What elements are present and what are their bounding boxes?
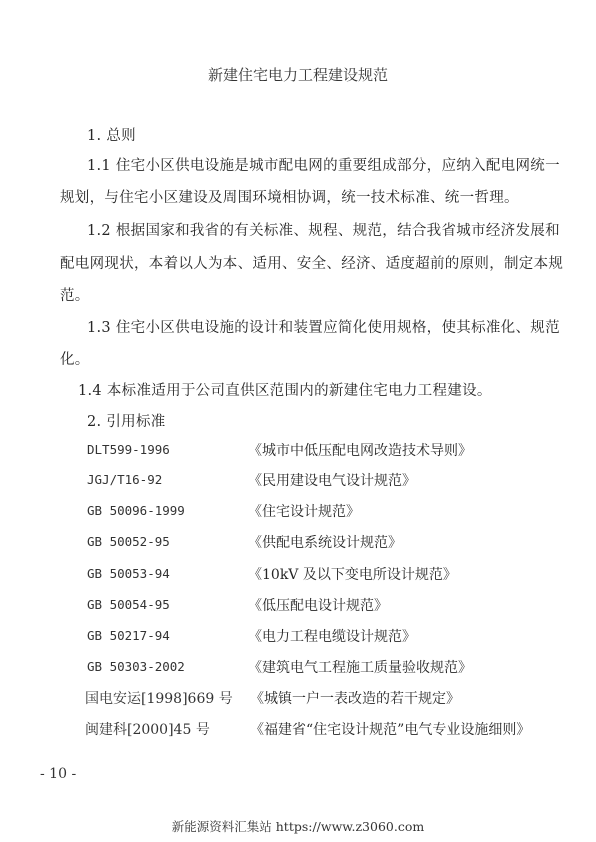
section-heading-general: 1. 总则 <box>87 124 136 145</box>
reference-code: GB 50054-95 <box>87 597 170 612</box>
reference-title: 《电力工程电缆设计规范》 <box>248 626 416 646</box>
reference-title: 《10kV 及以下变电所设计规范》 <box>248 564 457 584</box>
paragraph-1-2-line-2: 配电网现状，本着以人为本、适用、安全、经济、适度超前的原则，制定本规 <box>60 252 563 273</box>
paragraph-1-1-line-1: 1.1 住宅小区供电设施是城市配电网的重要组成部分，应纳入配电网统一 <box>87 154 560 175</box>
reference-title: 《住宅设计规范》 <box>248 501 360 521</box>
reference-code: GB 50052-95 <box>87 534 170 549</box>
document-title: 新建住宅电力工程建设规范 <box>0 64 596 85</box>
reference-code: JGJ/T16-92 <box>87 472 162 487</box>
reference-title: 《供配电系统设计规范》 <box>248 532 402 552</box>
paragraph-1-1-line-2: 规划，与住宅小区建设及周围环境相协调，统一技术标准、统一哲理。 <box>60 186 519 207</box>
reference-code: GB 50303-2002 <box>87 659 185 674</box>
reference-code: 国电安运[1998]669 号 <box>85 688 233 708</box>
reference-title: 《建筑电气工程施工质量验收规范》 <box>248 657 472 677</box>
page-number: - 10 - <box>40 766 76 782</box>
section-heading-references: 2. 引用标准 <box>87 410 166 431</box>
paragraph-1-2-line-3: 范。 <box>60 284 90 305</box>
reference-title: 《民用建设电气设计规范》 <box>248 470 416 490</box>
reference-code: DLT599-1996 <box>87 442 170 457</box>
paragraph-1-3-line-2: 化。 <box>60 348 90 369</box>
reference-code: GB 50053-94 <box>87 566 170 581</box>
reference-title: 《福建省“住宅设计规范”电气专业设施细则》 <box>250 719 530 739</box>
paragraph-1-4: 1.4 本标准适用于公司直供区范围内的新建住宅电力工程建设。 <box>78 379 492 400</box>
reference-code: GB 50096-1999 <box>87 503 185 518</box>
paragraph-1-3-line-1: 1.3 住宅小区供电设施的设计和装置应简化使用规格，使其标准化、规范 <box>87 316 560 337</box>
reference-title: 《城镇一户一表改造的若干规定》 <box>250 688 460 708</box>
reference-title: 《低压配电设计规范》 <box>248 595 388 615</box>
reference-code: GB 50217-94 <box>87 628 170 643</box>
reference-title: 《城市中低压配电网改造技术导则》 <box>248 440 472 460</box>
footer-watermark: 新能源资料汇集站 https://www.z3060.com <box>0 817 596 835</box>
reference-code: 闽建科[2000]45 号 <box>85 719 210 739</box>
paragraph-1-2-line-1: 1.2 根据国家和我省的有关标准、规程、规范，结合我省城市经济发展和 <box>87 219 560 240</box>
